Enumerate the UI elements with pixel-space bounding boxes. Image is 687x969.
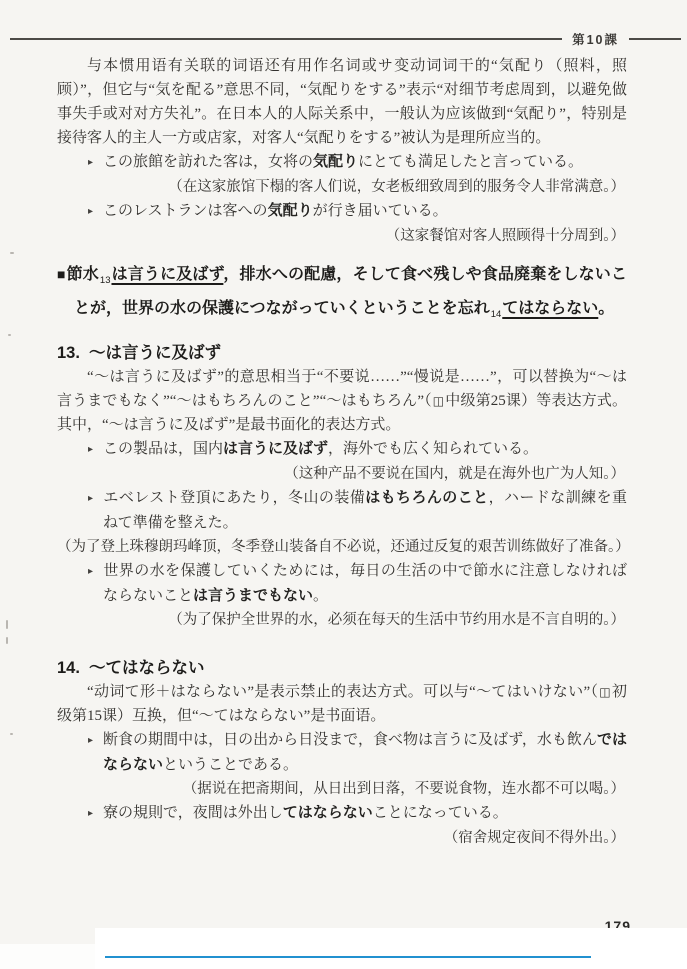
section-number: 13. (57, 344, 80, 362)
example-japanese: 寮の規則で，夜間は外出してはならないことになっている。 (103, 805, 508, 821)
bullet-triangle-icon: ▸ (88, 802, 103, 826)
scan-artifact (10, 252, 14, 254)
bullet-triangle-icon: ▸ (88, 151, 103, 175)
section-14-paragraph: “动词て形＋はならない”是表示禁止的表达方式。可以与“〜てはいけない”（◫初级第… (57, 680, 627, 728)
example-japanese: このレストランは客への気配りが行き届いている。 (103, 203, 448, 219)
bottom-white-strip-left (0, 944, 95, 969)
summary-text: 節水13は言うに及ばず，排水への配慮，そして食べ残しや食品廃棄をしないことが，世… (67, 266, 627, 317)
bottom-blue-line (105, 956, 591, 958)
example-translation: （这种产品不要说在国内，就是在海外也广为人知。） (57, 462, 627, 486)
example-translation: （宿舍规定夜间不得外出。） (57, 826, 627, 850)
book-icon: ◫ (433, 394, 444, 408)
section-14-heading: 14.〜てはならない (57, 658, 627, 678)
bullet-triangle-icon: ▸ (88, 560, 103, 584)
black-square-marker: ■ (57, 266, 66, 282)
bullet-triangle-icon: ▸ (88, 438, 103, 462)
page-content: 与本惯用语有关联的词语还有用作名词或サ变动词词干的“気配り（照料，照顾）”，但它… (57, 54, 627, 850)
header-rule-left (10, 38, 562, 40)
example-japanese: 世界の水を保護していくためには，毎日の生活の中で節水に注意しなければならないこと… (103, 563, 627, 604)
lesson-label: 第10課 (562, 30, 629, 48)
example-sentence: ▸寮の規則で，夜間は外出してはならないことになっている。 (57, 801, 627, 826)
intro-paragraph: 与本惯用语有关联的词语还有用作名词或サ变动词词干的“気配り（照料，照顾）”，但它… (57, 54, 627, 150)
section-number: 14. (57, 659, 80, 677)
bullet-triangle-icon: ▸ (88, 200, 103, 224)
example-sentence: ▸このレストランは客への気配りが行き届いている。 (57, 199, 627, 224)
example-translation: （在这家旅馆下榻的客人们说，女老板细致周到的服务令人非常满意。） (57, 175, 627, 199)
example-sentence: ▸この旅館を訪れた客は，女将の気配りにとても満足したと言っている。 (57, 150, 627, 175)
example-sentence: ▸断食の期間中は，日の出から日没まで，食べ物は言うに及ばず，水も飲んではならない… (57, 728, 627, 777)
bullet-triangle-icon: ▸ (88, 487, 103, 511)
section-title: 〜は言うに及ばず (89, 344, 221, 362)
book-icon: ◫ (599, 685, 610, 699)
bottom-white-strip (95, 928, 687, 969)
scan-artifact (6, 620, 8, 629)
bullet-triangle-icon: ▸ (88, 729, 103, 753)
scan-artifact (6, 637, 8, 644)
section-13-heading: 13.〜は言うに及ばず (57, 343, 627, 363)
example-translation: （这家餐馆对客人照顾得十分周到。） (57, 224, 627, 248)
section-13-paragraph: “〜は言うに及ばず”的意思相当于“不要说……”“慢说是……”，可以替换为“〜は言… (57, 365, 627, 437)
page-header: 第10課 (10, 30, 681, 48)
example-japanese: この旅館を訪れた客は，女将の気配りにとても満足したと言っている。 (103, 154, 583, 170)
example-sentence: ▸エベレスト登頂にあたり，冬山の装備はもちろんのこと，ハードな訓練を重ねて準備を… (57, 486, 627, 535)
example-japanese: 断食の期間中は，日の出から日没まで，食べ物は言うに及ばず，水も飲んではならないと… (103, 732, 627, 773)
example-japanese: この製品は，国内は言うに及ばず，海外でも広く知られている。 (103, 441, 538, 457)
example-translation: （为了登上珠穆朗玛峰顶，冬季登山装备自不必说，还通过反复的艰苦训练做好了准备。） (57, 535, 627, 559)
example-translation: （为了保护全世界的水，必须在每天的生活中节约用水是不言自明的。） (57, 608, 627, 632)
example-japanese: エベレスト登頂にあたり，冬山の装備はもちろんのこと，ハードな訓練を重ねて準備を整… (103, 490, 627, 531)
example-sentence: ▸この製品は，国内は言うに及ばず，海外でも広く知られている。 (57, 437, 627, 462)
section-title: 〜てはならない (89, 659, 205, 677)
example-translation: （据说在把斋期间，从日出到日落，不要说食物，连水都不可以喝。） (57, 777, 627, 801)
summary-box: ■節水13は言うに及ばず，排水への配慮，そして食べ残しや食品廃棄をしないことが，… (57, 260, 627, 329)
example-sentence: ▸世界の水を保護していくためには，毎日の生活の中で節水に注意しなければならないこ… (57, 559, 627, 608)
scan-artifact (10, 733, 13, 735)
header-rule-right (629, 38, 681, 40)
scan-artifact (8, 334, 11, 336)
